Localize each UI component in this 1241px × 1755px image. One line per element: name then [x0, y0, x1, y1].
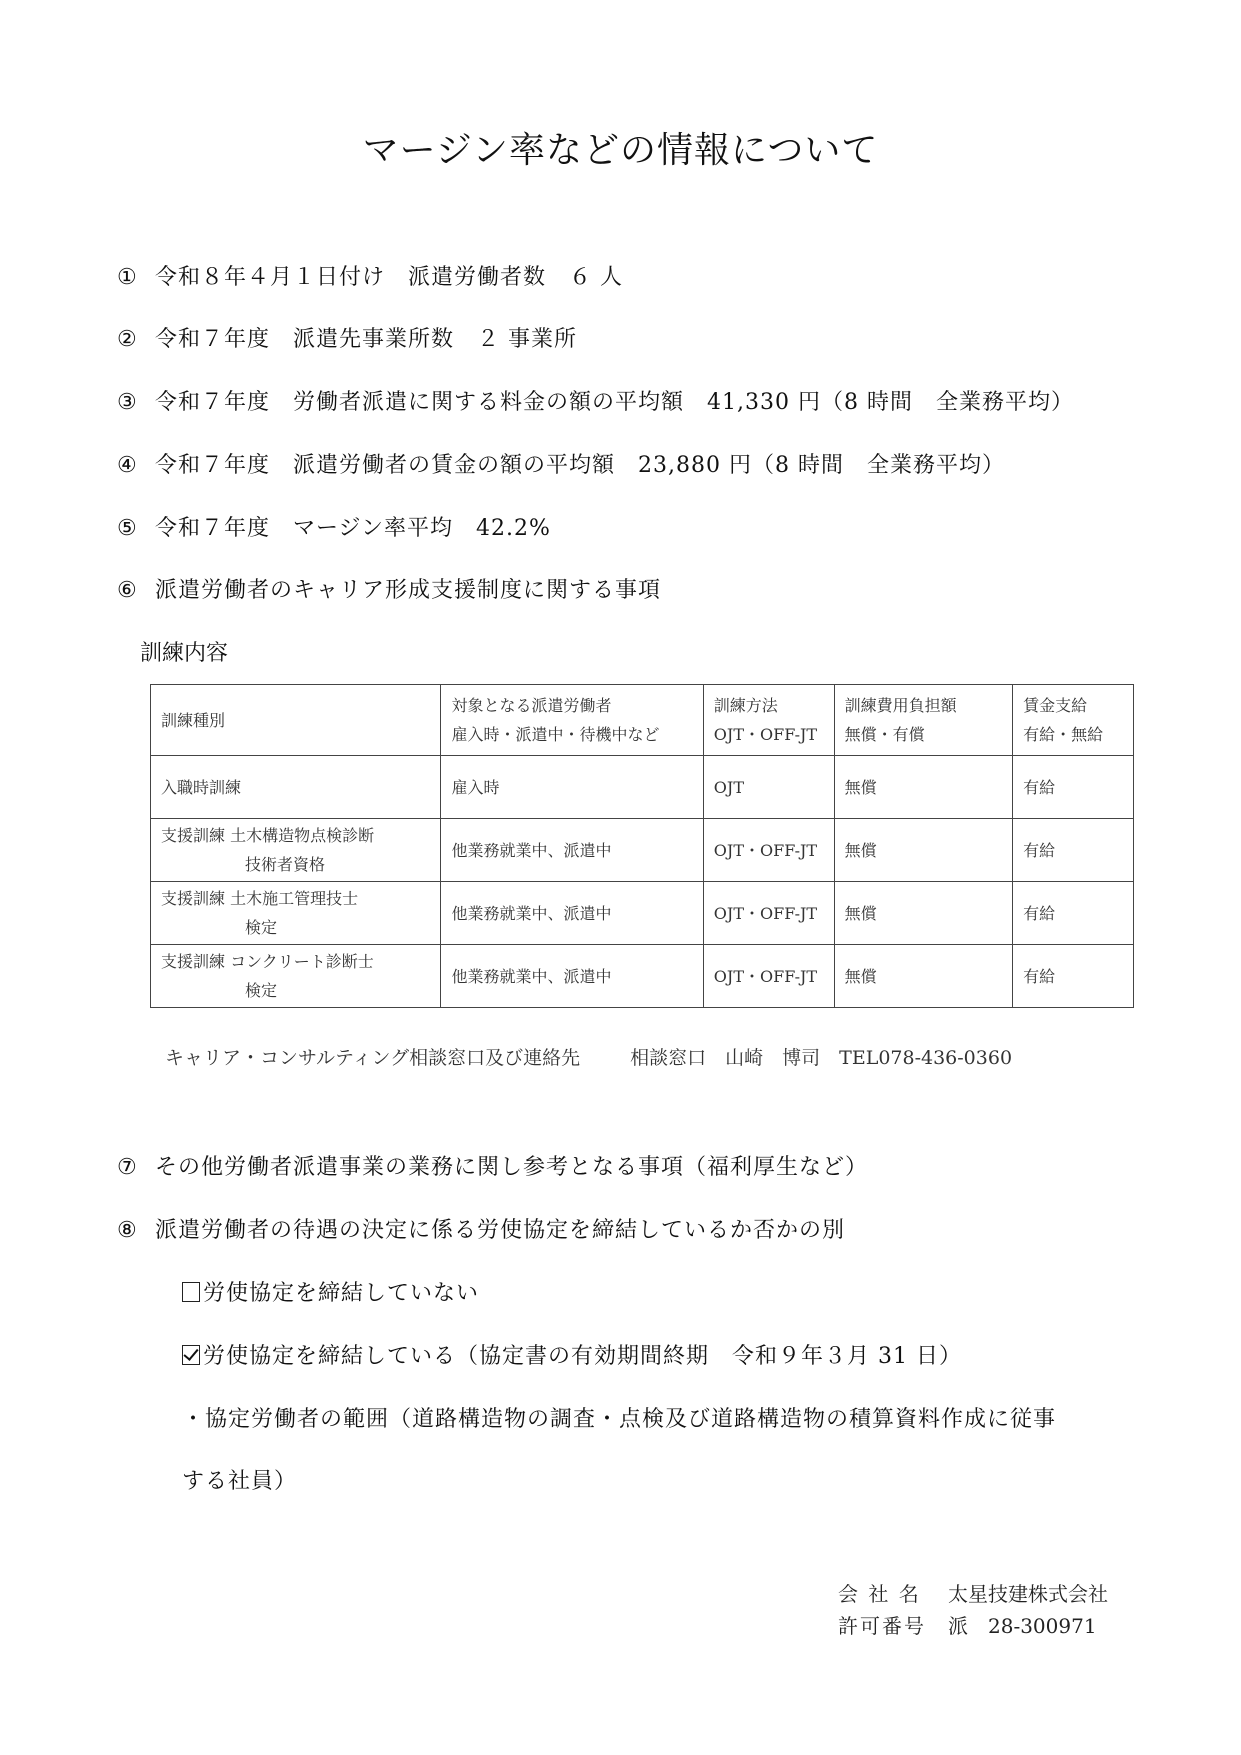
header-cell: 訓練種別 [151, 685, 441, 756]
item-1: ①令和８年４月１日付け 派遣労働者数 ６ 人 [117, 260, 623, 291]
cell-target: 他業務就業中、派遣中 [441, 945, 703, 1008]
table-row: 支援訓練 土木施工管理技士検定 他業務就業中、派遣中 OJT・OFF-JT 無償… [151, 882, 1134, 945]
contact-label: キャリア・コンサルティング相談窓口及び連絡先 [165, 1047, 580, 1069]
item-8: ⑧派遣労働者の待遇の決定に係る労使協定を締結しているか否かの別 [117, 1213, 845, 1244]
item-number: ③ [117, 390, 155, 415]
option-label: 労使協定を締結していない [203, 1281, 479, 1306]
checkbox-checked-icon[interactable] [182, 1345, 200, 1365]
agreement-option-concluded[interactable]: 労使協定を締結している（協定書の有効期間終期 令和９年３月 31 日） [182, 1339, 962, 1370]
company-name: 太星技建株式会社 [948, 1582, 1108, 1606]
item-text: 令和７年度 労働者派遣に関する料金の額の平均額 41,330 円（8 時間 全業… [155, 390, 1074, 415]
cell-kind: 支援訓練 土木構造物点検診断技術者資格 [151, 819, 441, 882]
table-header-row: 訓練種別 対象となる派遣労働者雇入時・派遣中・待機中など 訓練方法OJT・OFF… [151, 685, 1134, 756]
header-cell: 対象となる派遣労働者雇入時・派遣中・待機中など [441, 685, 703, 756]
item-text: 令和７年度 派遣労働者の賃金の額の平均額 23,880 円（8 時間 全業務平均… [155, 453, 1005, 478]
training-heading: 訓練内容 [140, 636, 228, 667]
cell-pay: 有給 [1013, 945, 1134, 1008]
license-label: 許可番号 [838, 1610, 948, 1639]
cell-method: OJT・OFF-JT [703, 882, 834, 945]
cell-pay: 有給 [1013, 819, 1134, 882]
table-row: 支援訓練 コンクリート診断士検定 他業務就業中、派遣中 OJT・OFF-JT 無… [151, 945, 1134, 1008]
cell-method: OJT・OFF-JT [703, 819, 834, 882]
item-text: 令和８年４月１日付け 派遣労働者数 ６ 人 [155, 265, 623, 290]
cell-target: 他業務就業中、派遣中 [441, 819, 703, 882]
cell-target: 他業務就業中、派遣中 [441, 882, 703, 945]
training-table: 訓練種別 対象となる派遣労働者雇入時・派遣中・待機中など 訓練方法OJT・OFF… [150, 684, 1134, 1008]
item-number: ① [117, 265, 155, 290]
page-title: マージン率などの情報について [0, 122, 1241, 173]
checkbox-unchecked-icon[interactable] [182, 1282, 200, 1302]
header-cell: 訓練費用負担額無償・有償 [834, 685, 1013, 756]
license-number-row: 許可番号派 28-300971 [838, 1610, 1097, 1639]
item-7: ⑦その他労働者派遣事業の業務に関し参考となる事項（福利厚生など） [117, 1150, 868, 1181]
cell-cost: 無償 [834, 819, 1013, 882]
item-number: ⑧ [117, 1218, 155, 1243]
company-name-row: 会 社 名太星技建株式会社 [838, 1578, 1108, 1607]
option-label: 労使協定を締結している（協定書の有効期間終期 令和９年３月 31 日） [203, 1344, 962, 1369]
cell-kind: 支援訓練 コンクリート診断士検定 [151, 945, 441, 1008]
contact-desk: 相談窓口 山崎 博司 TEL078-436-0360 [630, 1047, 1012, 1069]
cell-kind: 支援訓練 土木施工管理技士検定 [151, 882, 441, 945]
license-number: 派 28-300971 [948, 1614, 1097, 1638]
item-text: 令和７年度 マージン率平均 42.2% [155, 516, 551, 541]
cell-pay: 有給 [1013, 756, 1134, 819]
item-6: ⑥派遣労働者のキャリア形成支援制度に関する事項 [117, 573, 661, 604]
item-3: ③令和７年度 労働者派遣に関する料金の額の平均額 41,330 円（8 時間 全… [117, 385, 1074, 416]
cell-pay: 有給 [1013, 882, 1134, 945]
agreement-option-not-concluded[interactable]: 労使協定を締結していない [182, 1276, 479, 1307]
item-2: ②令和７年度 派遣先事業所数 ２ 事業所 [117, 322, 577, 353]
item-number: ⑦ [117, 1155, 155, 1180]
career-consulting-contact: キャリア・コンサルティング相談窓口及び連絡先相談窓口 山崎 博司 TEL078-… [165, 1043, 1012, 1070]
cell-cost: 無償 [834, 945, 1013, 1008]
item-5: ⑤令和７年度 マージン率平均 42.2% [117, 511, 551, 542]
item-4: ④令和７年度 派遣労働者の賃金の額の平均額 23,880 円（8 時間 全業務平… [117, 448, 1005, 479]
item-number: ② [117, 327, 155, 352]
cell-kind: 入職時訓練 [151, 756, 441, 819]
agreement-scope-line2: する社員） [182, 1464, 297, 1495]
cell-target: 雇入時 [441, 756, 703, 819]
cell-method: OJT・OFF-JT [703, 945, 834, 1008]
company-label: 会 社 名 [838, 1578, 948, 1607]
cell-cost: 無償 [834, 882, 1013, 945]
header-cell: 訓練方法OJT・OFF-JT [703, 685, 834, 756]
item-number: ④ [117, 453, 155, 478]
item-text: 令和７年度 派遣先事業所数 ２ 事業所 [155, 327, 577, 352]
item-number: ⑥ [117, 578, 155, 603]
item-text: その他労働者派遣事業の業務に関し参考となる事項（福利厚生など） [155, 1155, 868, 1180]
table-row: 入職時訓練 雇入時 OJT 無償 有給 [151, 756, 1134, 819]
table-row: 支援訓練 土木構造物点検診断技術者資格 他業務就業中、派遣中 OJT・OFF-J… [151, 819, 1134, 882]
item-number: ⑤ [117, 516, 155, 541]
header-cell: 賃金支給有給・無給 [1013, 685, 1134, 756]
cell-method: OJT [703, 756, 834, 819]
cell-cost: 無償 [834, 756, 1013, 819]
agreement-scope-line1: ・協定労働者の範囲（道路構造物の調査・点検及び道路構造物の積算資料作成に従事 [182, 1402, 1056, 1433]
item-text: 派遣労働者のキャリア形成支援制度に関する事項 [155, 578, 661, 603]
item-text: 派遣労働者の待遇の決定に係る労使協定を締結しているか否かの別 [155, 1218, 845, 1243]
